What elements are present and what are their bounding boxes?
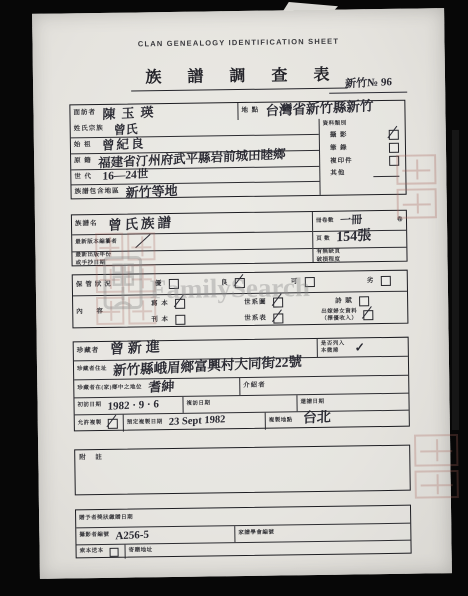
copy-date-label: 預定複製日期 — [127, 419, 163, 427]
volumes-cell: 冊卷數 一冊 卷 — [313, 211, 406, 231]
volumes-label: 冊卷數 — [316, 218, 334, 225]
checkbox-excellent — [168, 279, 178, 289]
holder-name-label: 珍藏者 — [77, 347, 100, 355]
handwritten-ref-number: 新竹№ 96 — [329, 73, 407, 94]
ancestor-value: 曾紀良 — [101, 138, 145, 153]
genealogy-title-cell: 族譜名 曾氏族譜 — [72, 214, 177, 234]
revisit-cell: 複訪日期 — [182, 395, 296, 413]
checkbox-fair — [304, 277, 314, 287]
row-copy-permission: 允許複製 預定複製日期 23 Sept 1982 複製地點 台北 — [75, 410, 409, 433]
row-coverage: 族譜包含地區 新竹等地 — [71, 181, 319, 200]
listed-label-1: 是否列入 — [321, 340, 345, 346]
condition-block: 保管狀況 優 良 可 劣 內 容 寫 本 — [72, 270, 409, 329]
survey-left-column: 姓氏宗族 曾氏 始 祖 曾紀良 原 籍 福建省汀州府武平縣岩前城田睦鄉 — [71, 119, 320, 198]
permit-label: 允許複製 — [78, 420, 102, 427]
pubdate-label-2: 或手抄日期 — [76, 259, 106, 265]
checkbox-lineage-chart — [273, 297, 283, 307]
copy-place-label: 複製地點 — [269, 417, 293, 424]
status-label: 珍藏者在(家)鄉中之地位 — [77, 384, 142, 392]
women-data-label: 出嫁婦女資料 — [321, 308, 357, 315]
contents-label: 內 容 — [76, 308, 109, 317]
generations-value: 16—24世 — [102, 170, 148, 184]
first-visit-value: 1982 · 9 · 6 — [107, 399, 159, 413]
pages-cell: 頁 數 154張 — [313, 231, 374, 248]
generations-cell: 世 代 16—24世 — [71, 169, 151, 184]
other-blank-line — [373, 169, 399, 177]
admin-block: 贈予者獎狀繳贈日期 攝影者編號 A256-5 家譜學會編號 索本送本 寄贈地址 — [75, 505, 412, 559]
holder-block: 珍藏者 曾新進 是否列入本微捲 ✓ 珍藏者住址 新竹縣峨眉鄉富興村大同街22號 … — [73, 337, 410, 432]
pubdate-label-1: 最新出版年份 — [75, 252, 111, 259]
photographer-no-value: A256-5 — [115, 529, 149, 542]
missing-label-1: 有無缺頁 — [316, 249, 340, 255]
missing-cell: 有無缺頁破損程度 — [313, 249, 343, 264]
address-value: 新竹縣峨眉鄉富興村大同街22號 — [113, 355, 302, 378]
award-label: 贈予者獎狀繳贈日期 — [79, 514, 133, 522]
row-contents: 內 容 寫 本 世系圖 詩 賦 刊 本 世系表 — [73, 291, 407, 330]
location-label: 地 點 — [241, 107, 259, 115]
surname-cell: 姓氏宗族 曾氏 — [71, 121, 141, 137]
survey-block: 面訪者 陳玉瑛 地 點 台灣省新竹縣新竹 姓氏宗族 曾氏 始 祖 — [69, 100, 406, 200]
copy-place-cell: 複製地點 台北 — [265, 411, 409, 430]
coverage-cell: 族譜包含地區 新竹等地 — [71, 184, 180, 201]
condition-label: 保管狀況 — [76, 281, 114, 290]
content-item-lineage-chart: 世系圖 — [244, 297, 283, 308]
row-pubdate: 最新出版年份或手抄日期 — [72, 248, 312, 267]
volumes-value: 一冊 — [340, 215, 362, 227]
contents-label-cell: 內 容 — [73, 295, 153, 329]
genealogy-title-value: 曾氏族譜 — [107, 216, 173, 233]
photographer-no-label: 攝影者編號 — [79, 532, 109, 540]
condition-opt-poor: 劣 — [367, 276, 391, 286]
return-date-cell: 還譜日期 — [296, 394, 408, 412]
english-title: CLAN GENEALOGY IDENTIFICATION SHEET — [32, 35, 444, 50]
checkbox-photo — [389, 130, 399, 140]
mailing-label: 寄贈地址 — [129, 548, 153, 555]
location-value: 台灣省新竹縣新竹 — [265, 99, 373, 118]
revisit-label: 複訪日期 — [186, 401, 210, 408]
origin-label: 原 籍 — [74, 158, 92, 166]
condition-opt-good: 良 — [221, 278, 245, 288]
women-data-sub: （擇優收入） — [321, 316, 357, 323]
condition-opt-excellent: 優 — [155, 279, 179, 289]
category-label: 資料類別 — [323, 120, 405, 128]
surname-label: 姓氏宗族 — [74, 125, 104, 134]
category-option-photo: 攝 影 — [330, 130, 399, 141]
coverage-value: 新竹等地 — [125, 184, 177, 200]
category-option-transcript: 筆 錄 — [330, 143, 399, 154]
content-item-printed: 刊 本 — [151, 315, 185, 325]
condition-label-cell: 保管狀況 — [73, 274, 153, 295]
archive-seal-bottom — [414, 434, 467, 503]
award-cell: 贈予者獎狀繳贈日期 — [76, 510, 136, 528]
pages-value: 154張 — [336, 229, 371, 245]
film-scan-streak — [452, 130, 459, 430]
content-item-poetry: 詩 賦 — [335, 296, 369, 306]
permit-cell: 允許複製 — [75, 415, 123, 433]
society-no-label: 家譜學會編號 — [238, 530, 274, 538]
checkbox-manuscript — [175, 299, 185, 309]
ancestor-label: 始 祖 — [74, 142, 92, 150]
first-visit-cell: 初訪日期 1982 · 9 · 6 — [74, 397, 182, 415]
status-value: 耆紳 — [148, 379, 174, 393]
send-copy-cell: 索本送本 — [77, 545, 125, 560]
copy-date-value: 23 Sept 1982 — [169, 415, 226, 428]
genealogy-title-label: 族譜名 — [75, 220, 98, 228]
category-option-photocopy: 複印件 — [330, 156, 399, 167]
ancestor-cell: 始 祖 曾紀良 — [71, 137, 148, 153]
condition-opt-fair: 可 — [291, 277, 315, 287]
generations-label: 世 代 — [74, 173, 92, 181]
compiler-label: 最新版本編纂者 — [75, 239, 117, 247]
content-item-lineage-table: 世系表 — [244, 313, 283, 324]
interviewer-value: 陳玉瑛 — [102, 105, 159, 121]
introducer-label: 介紹者 — [243, 382, 266, 390]
blank-slash-mark — [135, 234, 151, 249]
first-visit-label: 初訪日期 — [78, 402, 102, 409]
checkbox-women-data — [363, 310, 373, 320]
listed-cell: 是否列入本微捲 ✓ — [317, 338, 408, 357]
compiler-cell: 最新版本編纂者 — [72, 235, 120, 252]
notes-block: 附 註 — [74, 445, 411, 496]
coverage-label: 族譜包含地區 — [75, 188, 120, 197]
category-option-other: 其他 — [330, 169, 399, 178]
scanned-form-sheet: CLAN GENEALOGY IDENTIFICATION SHEET 族 譜 … — [32, 8, 452, 579]
checkbox-poor — [380, 276, 390, 286]
checkbox-transcript — [389, 143, 399, 153]
listed-checkmark: ✓ — [355, 341, 365, 354]
row-volumes: 冊卷數 一冊 卷 — [313, 211, 406, 231]
surname-value: 曾氏 — [114, 123, 138, 136]
address-label: 珍藏者住址 — [77, 366, 107, 374]
pages-label: 頁 數 — [316, 236, 330, 243]
checkbox-lineage-table — [273, 313, 283, 323]
holder-name-value: 曾新進 — [109, 341, 163, 358]
send-copy-label: 索本送本 — [80, 548, 104, 555]
content-item-women-data: 出嫁婦女資料（擇優收入） — [321, 308, 373, 323]
category-column: 資料類別 攝 影 筆 錄 複印件 其他 — [319, 118, 406, 195]
checkbox-good — [234, 278, 244, 288]
listed-label-2: 本微捲 — [321, 348, 339, 354]
checkbox-send-copy — [110, 547, 119, 556]
interviewer-label: 面訪者 — [73, 109, 96, 117]
volumes-suffix: 卷 — [397, 217, 403, 224]
return-date-label: 還譜日期 — [300, 399, 324, 406]
checkbox-permit — [108, 418, 118, 428]
missing-label-2: 破損程度 — [316, 256, 340, 262]
copy-date-cell: 預定複製日期 23 Sept 1982 — [123, 413, 265, 432]
mailing-cell: 寄贈地址 — [124, 541, 410, 559]
volume-right-column: 冊卷數 一冊 卷 頁 數 154張 有無缺頁破損程度 — [312, 211, 407, 262]
row-missing-pages: 有無缺頁破損程度 — [313, 247, 406, 264]
checkbox-printed — [175, 315, 185, 325]
copy-place-value: 台北 — [303, 411, 331, 426]
notes-label: 附 註 — [79, 454, 106, 462]
pubdate-cell: 最新出版年份或手抄日期 — [72, 252, 114, 268]
checkbox-poetry — [359, 296, 369, 306]
checkbox-photocopy — [389, 156, 399, 166]
form-title: 族 譜 調 查 表 — [131, 62, 346, 92]
content-item-manuscript: 寫 本 — [151, 299, 185, 309]
volume-block: 族譜名 曾氏族譜 最新版本編纂者 最新出版年份或手抄日期 冊卷數 — [71, 210, 408, 267]
row-pages: 頁 數 154張 — [313, 230, 406, 248]
volume-left-column: 族譜名 曾氏族譜 最新版本編纂者 最新出版年份或手抄日期 — [72, 212, 313, 265]
